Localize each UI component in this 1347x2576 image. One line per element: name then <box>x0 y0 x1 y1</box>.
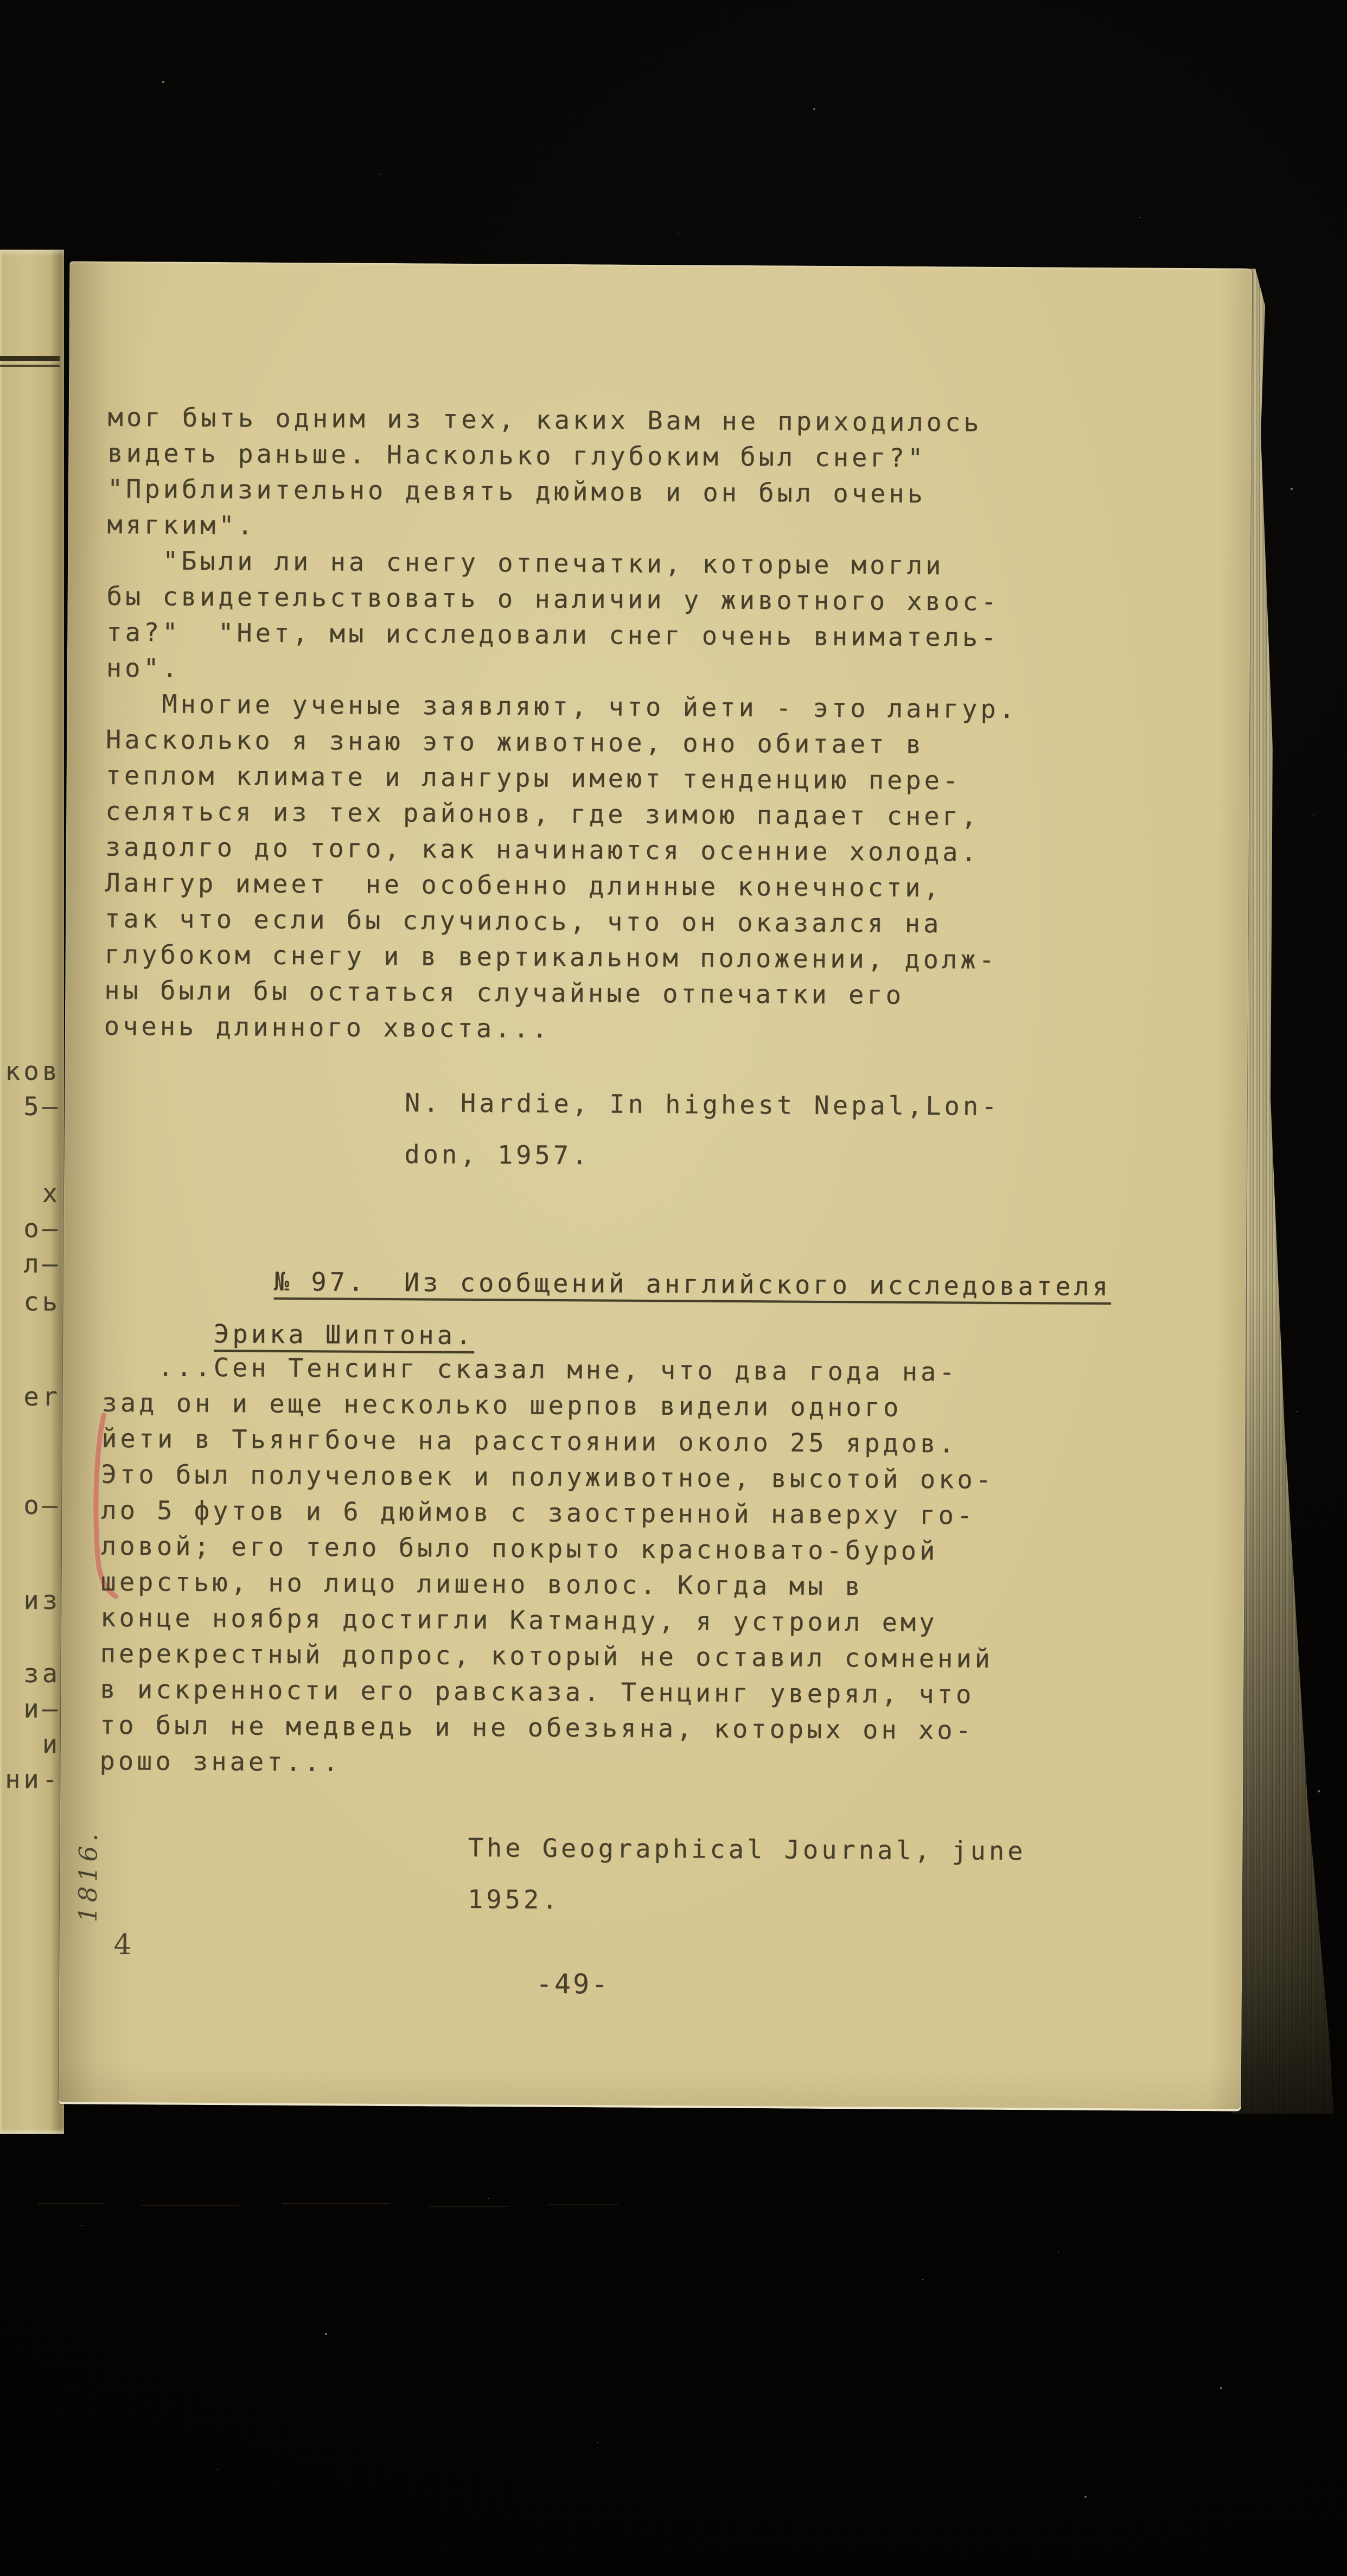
facing-page-fragment: х <box>42 1178 61 1210</box>
facing-page-fragment: ни- <box>5 1764 61 1796</box>
citation-hardie: N. Hardie, In highest Nepal,Lon-don, 195… <box>404 1077 1000 1184</box>
typewritten-line: так что если бы случилось, что он оказал… <box>105 901 1135 944</box>
typewritten-line: задолго до того, как начинаются осенние … <box>105 830 1136 872</box>
facing-page-fragment: за <box>23 1658 61 1690</box>
typewritten-line: йети в Тьянгбоче на расстоянии около 25 … <box>101 1421 1132 1464</box>
typewritten-line: видеть раньше. Насколько глубоким был сн… <box>107 436 1138 478</box>
typewritten-line: ...Сен Тенсинг сказал мне, что два года … <box>102 1350 1133 1392</box>
typewritten-line: зад он и еще несколько шерпов видели одн… <box>101 1385 1132 1428</box>
scratch-mark <box>141 2205 239 2206</box>
typewritten-line: ло 5 футов и 6 дюймов с заостренной наве… <box>101 1493 1132 1535</box>
facing-page-fragment: и— <box>23 1693 61 1726</box>
facing-page-fragment: ков <box>5 1055 61 1088</box>
paragraph-hardie-interview: мог быть одним из тех, каких Вам не прих… <box>104 400 1139 1051</box>
facing-page-rule <box>0 365 60 367</box>
typewritten-line: та?" "Нет, мы исследовали снег очень вни… <box>106 615 1137 657</box>
facing-page-fragment: 5— <box>23 1091 61 1123</box>
typewritten-line: Это был получеловек и полуживотное, высо… <box>101 1457 1132 1499</box>
typewritten-line: перекрестный допрос, который не оставил … <box>100 1636 1131 1678</box>
typewritten-line: рошо знает... <box>99 1744 1130 1786</box>
scratch-mark <box>38 2203 103 2204</box>
typewritten-line: Многие ученые заявляют, что йети - это л… <box>106 686 1137 729</box>
typewritten-line: мог быть одним из тех, каких Вам не прих… <box>107 400 1138 442</box>
scan-background: ков5—хо—л—сьerо—иззаи—ини- мог быть одни… <box>0 0 1347 2576</box>
facing-page-edge: ков5—хо—л—сьerо—иззаи—ини- <box>0 250 64 2134</box>
page-number: -49- <box>513 1968 633 2000</box>
typewritten-line: бы свидетельствовать о наличии у животно… <box>106 579 1137 621</box>
typewritten-line: ны были бы остаться случайные отпечатки … <box>104 973 1135 1015</box>
scratch-mark <box>548 2204 618 2205</box>
typewritten-line: но". <box>106 651 1137 693</box>
facing-page-rule <box>0 356 60 361</box>
section-heading-text: Эрика Шиптона. <box>214 1319 474 1351</box>
citation-line: N. Hardie, In highest Nepal,Lon- <box>405 1077 1000 1133</box>
dust-specks <box>0 0 1 1</box>
typewritten-line: шерстью, но лицо лишено волос. Когда мы … <box>100 1564 1131 1607</box>
typewritten-line: Насколько я знаю это животное, оно обита… <box>106 722 1137 765</box>
typewritten-line: "Были ли на снегу отпечатки, которые мог… <box>107 543 1138 586</box>
facing-page-fragment: о— <box>23 1490 61 1522</box>
typewritten-line: в искренности его равсказа. Тенцинг увер… <box>100 1672 1131 1714</box>
citation-line: The Geographical Journal, june <box>468 1822 1026 1877</box>
facing-page-fragment: и <box>42 1728 61 1761</box>
citation-line: don, 1957. <box>404 1129 1000 1184</box>
archive-number-vertical: 1816. <box>73 1829 103 1923</box>
scratch-mark <box>429 2206 510 2207</box>
typewritten-line: то был не медведь и не обезьяна, которых… <box>100 1708 1131 1750</box>
document-page: мог быть одним из тех, каких Вам не прих… <box>59 261 1253 2111</box>
typewritten-line: селяться из тех районов, где зимою падае… <box>105 794 1136 836</box>
typewritten-line: мягким". <box>107 507 1138 550</box>
facing-page-fragment: из <box>23 1585 61 1617</box>
citation-line: 1952. <box>468 1874 1026 1929</box>
typewritten-line: очень длинного хвоста... <box>104 1009 1135 1051</box>
paragraph-shipton-report: ...Сен Тенсинг сказал мне, что два года … <box>99 1350 1133 1786</box>
typewritten-line: Лангур имеет не особенно длинные конечно… <box>105 866 1135 908</box>
sheet-number: 4 <box>113 1929 131 1961</box>
typewritten-line: теплом климате и лангуры имеют тенденцию… <box>105 758 1136 800</box>
facing-page-fragment: er <box>23 1381 61 1414</box>
scratch-mark <box>282 2203 391 2204</box>
typewritten-line: "Приблизительно девять дюймов и он был о… <box>107 472 1138 514</box>
typewritten-line: ловой; его тело было покрыто красновато-… <box>101 1529 1132 1571</box>
facing-page-fragment: л— <box>23 1248 61 1281</box>
facing-page-fragment: о— <box>23 1213 61 1245</box>
typewritten-line: конце ноября достигли Катманду, я устрои… <box>100 1600 1131 1643</box>
citation-geographical-journal: The Geographical Journal, june1952. <box>468 1822 1026 1929</box>
facing-page-fragment: сь <box>23 1286 61 1319</box>
typewritten-line: глубоком снегу и в вертикальном положени… <box>104 937 1135 979</box>
